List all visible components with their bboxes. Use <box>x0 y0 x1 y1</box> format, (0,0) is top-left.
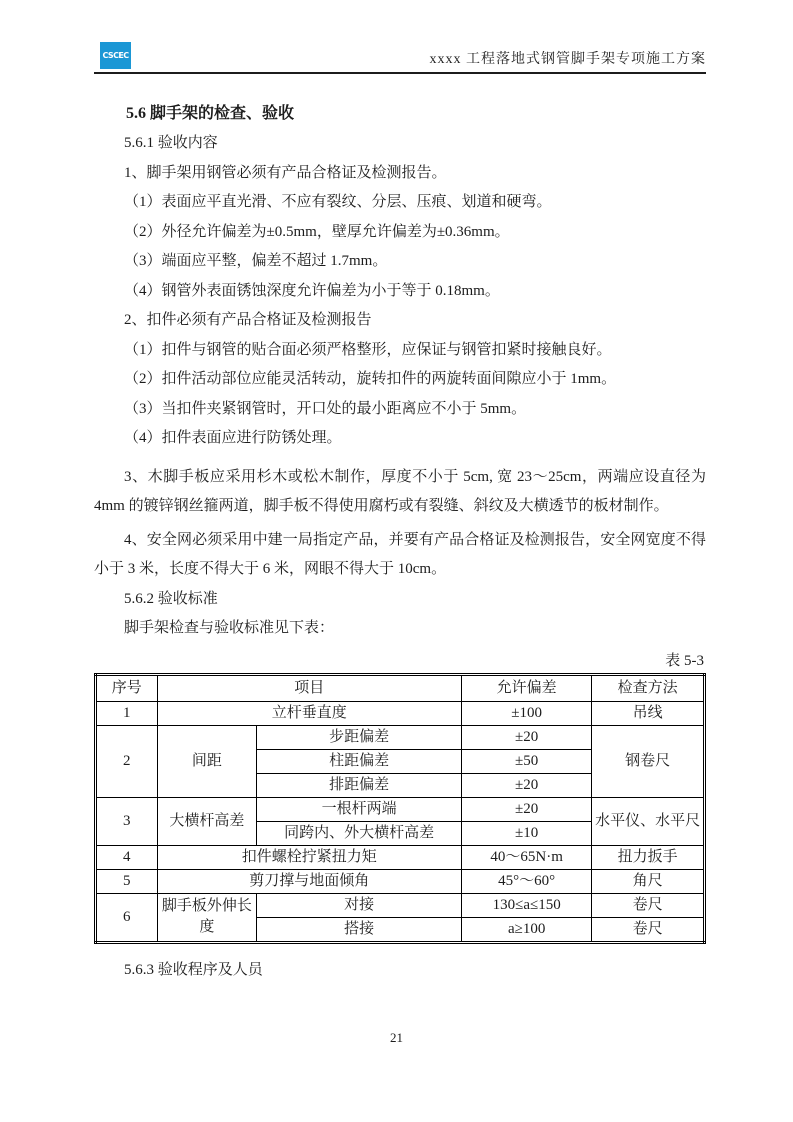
paragraph-diameter: （2）外径允许偏差为±0.5mm，壁厚允许偏差为±0.36mm。 <box>94 218 706 248</box>
table-cell: 间距 <box>157 725 257 797</box>
table-cell: 柱距偏差 <box>257 749 462 773</box>
table-cell: 2 <box>96 725 158 797</box>
cscec-logo-icon: CSCEC <box>100 42 131 69</box>
table-header-cell: 检查方法 <box>592 674 705 701</box>
table-row: 2 间距 步距偏差 ±20 钢卷尺 <box>96 725 705 749</box>
paragraph-surface: （1）表面应平直光滑、不应有裂纹、分层、压痕、划道和硬弯。 <box>94 188 706 218</box>
paragraph-coupler-clamp: （3）当扣件夹紧钢管时，开口处的最小距离应不小于 5mm。 <box>94 395 706 425</box>
table-cell: 卷尺 <box>592 917 705 942</box>
table-cell: 大横杆高差 <box>157 797 257 845</box>
table-cell: 吊线 <box>592 701 705 725</box>
table-cell: 水平仪、水平尺 <box>592 797 705 845</box>
paragraph-end-face: （3）端面应平整，偏差不超过 1.7mm。 <box>94 247 706 277</box>
section-heading-5-6: 5.6 脚手架的检查、验收 <box>94 99 706 129</box>
table-cell: 角尺 <box>592 869 705 893</box>
page-footer: 21 <box>0 1030 793 1046</box>
section-heading-5-6-2: 5.6.2 验收标准 <box>94 585 706 615</box>
table-cell: 步距偏差 <box>257 725 462 749</box>
paragraph-rust-depth: （4）钢管外表面锈蚀深度允许偏差为小于等于 0.18mm。 <box>94 277 706 307</box>
table-header-cell: 项目 <box>157 674 462 701</box>
table-row: 5 剪刀撑与地面倾角 45°～60° 角尺 <box>96 869 705 893</box>
table-cell: 扭力扳手 <box>592 845 705 869</box>
table-row: 4 扣件螺栓拧紧扭力矩 40～65N·m 扭力扳手 <box>96 845 705 869</box>
table-row: 6 脚手板外伸长度 对接 130≤a≤150 卷尺 <box>96 893 705 917</box>
document-body: 5.6 脚手架的检查、验收 5.6.1 验收内容 1、脚手架用钢管必须有产品合格… <box>94 99 706 985</box>
paragraph-coupler: 2、扣件必须有产品合格证及检测报告 <box>94 306 706 336</box>
table-header-row: 序号 项目 允许偏差 检查方法 <box>96 674 705 701</box>
table-cell: 剪刀撑与地面倾角 <box>157 869 462 893</box>
table-cell: ±10 <box>462 821 592 845</box>
table-cell: 1 <box>96 701 158 725</box>
table-header-cell: 序号 <box>96 674 158 701</box>
section-heading-5-6-1: 5.6.1 验收内容 <box>94 129 706 159</box>
table-cell: 钢卷尺 <box>592 725 705 797</box>
inspection-standards-table: 序号 项目 允许偏差 检查方法 1 立杆垂直度 ±100 吊线 2 间距 步距偏… <box>94 673 706 944</box>
table-cell: 45°～60° <box>462 869 592 893</box>
table-cell: ±20 <box>462 797 592 821</box>
table-header-cell: 允许偏差 <box>462 674 592 701</box>
table-cell: 同跨内、外大横杆高差 <box>257 821 462 845</box>
table-cell: 4 <box>96 845 158 869</box>
paragraph-steel-pipe: 1、脚手架用钢管必须有产品合格证及检测报告。 <box>94 159 706 189</box>
table-cell: ±20 <box>462 725 592 749</box>
page-header: CSCEC xxxx 工程落地式钢管脚手架专项施工方案 <box>94 42 706 74</box>
paragraph-safety-net: 4、安全网必须采用中建一局指定产品，并要有产品合格证及检测报告，安全网宽度不得小… <box>94 526 706 585</box>
table-cell: 排距偏差 <box>257 773 462 797</box>
paragraph-coupler-fit: （1）扣件与钢管的贴合面必须严格整形，应保证与钢管扣紧时接触良好。 <box>94 336 706 366</box>
document-page: CSCEC xxxx 工程落地式钢管脚手架专项施工方案 5.6 脚手架的检查、验… <box>0 0 793 1122</box>
table-cell: 一根杆两端 <box>257 797 462 821</box>
table-caption: 表 5-3 <box>94 649 706 670</box>
table-cell: 扣件螺栓拧紧扭力矩 <box>157 845 462 869</box>
table-cell: 3 <box>96 797 158 845</box>
table-row: 3 大横杆高差 一根杆两端 ±20 水平仪、水平尺 <box>96 797 705 821</box>
table-cell: ±50 <box>462 749 592 773</box>
paragraph-table-intro: 脚手架检查与验收标准见下表： <box>94 614 706 644</box>
table-cell: ±100 <box>462 701 592 725</box>
table-cell: 卷尺 <box>592 893 705 917</box>
page-number: 21 <box>390 1030 403 1045</box>
paragraph-coupler-rotate: （2）扣件活动部位应能灵活转动，旋转扣件的两旋转面间隙应小于 1mm。 <box>94 365 706 395</box>
table-cell: 立杆垂直度 <box>157 701 462 725</box>
paragraph-coupler-antirust: （4）扣件表面应进行防锈处理。 <box>94 424 706 454</box>
section-heading-5-6-3: 5.6.3 验收程序及人员 <box>94 956 706 986</box>
table-cell: 搭接 <box>257 917 462 942</box>
table-cell: ±20 <box>462 773 592 797</box>
table-row: 1 立杆垂直度 ±100 吊线 <box>96 701 705 725</box>
table-cell: 40～65N·m <box>462 845 592 869</box>
table-cell: 6 <box>96 893 158 942</box>
table-cell: 130≤a≤150 <box>462 893 592 917</box>
paragraph-wood-plank: 3、木脚手板应采用杉木或松木制作，厚度不小于 5cm, 宽 23～25cm，两端… <box>94 463 706 522</box>
document-title: xxxx 工程落地式钢管脚手架专项施工方案 <box>430 51 707 69</box>
table-cell: 对接 <box>257 893 462 917</box>
table-cell: 5 <box>96 869 158 893</box>
table-cell: 脚手板外伸长度 <box>157 893 257 942</box>
table-cell: a≥100 <box>462 917 592 942</box>
